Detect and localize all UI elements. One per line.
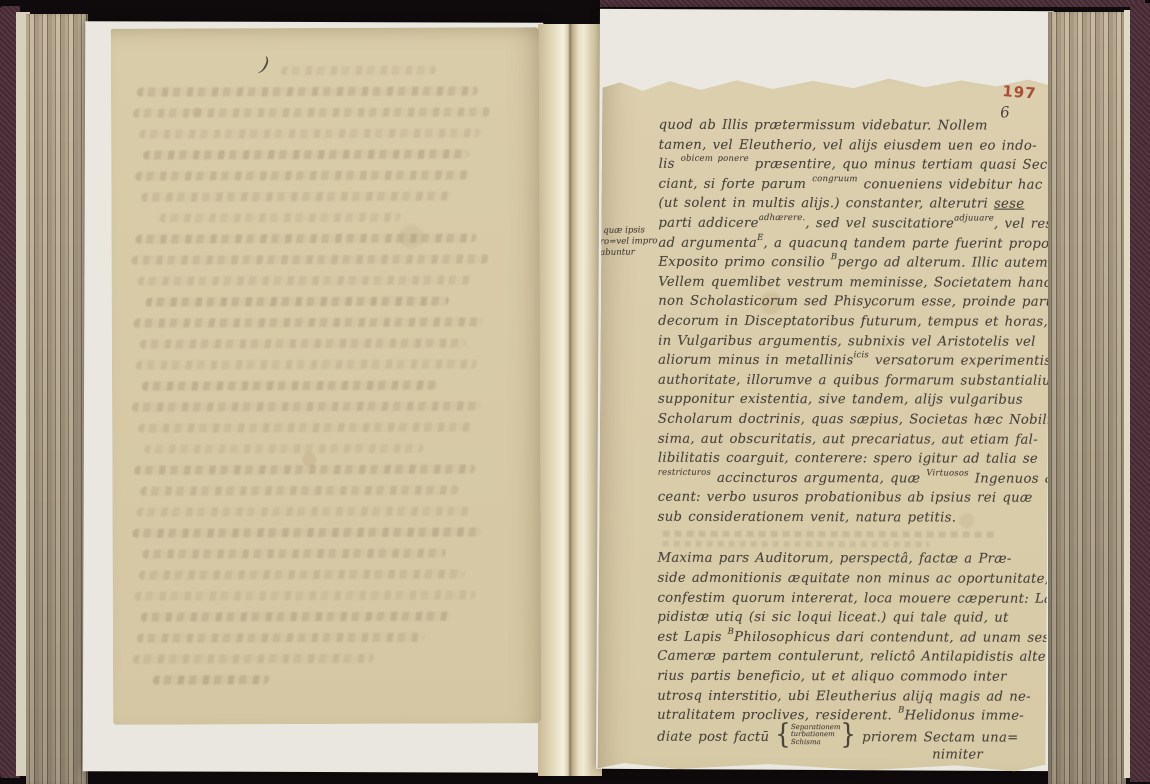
bleed-through-line: [144, 444, 425, 454]
manuscript-line: aliorum minus in metallinisicis versator…: [658, 351, 1050, 372]
book-cover-right-edge: [1130, 3, 1150, 782]
underlined-word: sese: [994, 197, 1024, 212]
manuscript-line: (ut solent in multis alijs.) constanter,…: [658, 194, 1050, 215]
bleed-through-line: [138, 422, 473, 432]
manuscript-line: Exposito primo consilio Bpergo ad alteru…: [658, 253, 1050, 274]
left-manuscript-page: ): [111, 27, 541, 724]
margin-note: E quæ ipsispro=vel improbabuntur: [594, 225, 658, 259]
manuscript-line: Vellem quemlibet vestrum meminisse, Soci…: [658, 272, 1050, 293]
manuscript-line: pidistæ utiq (si sic loqui liceat.) qui …: [657, 608, 1049, 629]
bleed-through-line: [139, 128, 482, 138]
folio-number-red: 197: [1002, 82, 1038, 103]
bleed-through-line: [134, 464, 477, 474]
manuscript-line: Scholarum doctrinis, quas sæpius, Societ…: [658, 410, 1050, 431]
bleed-through-line: [141, 192, 453, 202]
manuscript-text-block: E quæ ipsispro=vel improbabuntur quod ab…: [657, 116, 1051, 766]
bleed-through-line: [135, 233, 478, 243]
bleed-through-line: [280, 66, 436, 76]
manuscript-line: sub considerationem venit, natura petiti…: [658, 508, 1050, 529]
bleed-through-line: [137, 275, 472, 285]
stacked-alternatives: SeparationemturbationemSchisma: [791, 724, 841, 747]
manuscript-line: non Scholasticorum sed Phisycorum esse, …: [658, 292, 1050, 313]
bleed-through-line: [132, 654, 374, 664]
page-stack-right-fore-edge: [1048, 12, 1126, 784]
bleed-through-line: [145, 297, 449, 307]
manuscript-line: utrosq interstitio, ubi Eleutherius alij…: [657, 686, 1049, 707]
bleed-through-text-block: [131, 65, 521, 696]
manuscript-line: ad argumentaE, a quacunq tandem parte fu…: [658, 233, 1050, 254]
manuscript-line: est Lapis BPhilosophicus dari contendunt…: [657, 628, 1049, 649]
manuscript-line: lis obicem ponere præsentire, quo minus …: [659, 155, 1051, 176]
manuscript-line: libilitatis coarguit, conterere: spero i…: [658, 449, 1050, 470]
bleed-through-line: [135, 170, 470, 180]
book-cover-top-edge: [600, 0, 1145, 7]
manuscript-line: ciant, si forte parum congruum conuenien…: [659, 174, 1051, 195]
bleed-through-line: [140, 486, 459, 496]
manuscript-line: decorum in Disceptatoribus futurum, temp…: [658, 312, 1050, 333]
manuscript-line: sima, aut obscuritatis, aut precariatus,…: [658, 429, 1050, 450]
manuscript-line: [658, 527, 1050, 550]
bleed-through-line: [134, 590, 477, 600]
manuscript-line: authoritate, illorumve a quibus formarum…: [658, 370, 1050, 391]
page-stack-left-fore-edge: [26, 14, 88, 784]
manuscript-line: in Vulgaribus argumentis, subnixis vel A…: [658, 331, 1050, 352]
manuscript-line: diate post factū {Separationemturbatione…: [657, 726, 1049, 747]
manuscript-book-photo: ) 197 6 E quæ ipsispro=vel improbabuntur…: [0, 0, 1150, 784]
bleed-through-line: [159, 213, 401, 223]
bleed-through-line: [142, 549, 446, 559]
bleed-through-line: [131, 254, 489, 264]
book-gutter: [538, 24, 602, 776]
bleed-through-line: [132, 527, 482, 537]
bleed-through-line: [152, 675, 270, 684]
manuscript-line: parti addicereadhærere., sed vel suscita…: [658, 214, 1050, 235]
manuscript-line: rius partis beneficio, ut et aliquo comm…: [657, 667, 1049, 688]
brace-close: }: [840, 724, 856, 747]
manuscript-line: supponitur existentia, sive tandem, alij…: [658, 390, 1050, 411]
manuscript-line: Maxima pars Auditorum, perspectâ, factæ …: [658, 549, 1050, 570]
bleed-through-line: [136, 506, 471, 516]
bleed-through-line: [140, 612, 452, 622]
manuscript-line: quod ab Illis prætermissum videbatur. No…: [659, 116, 1051, 137]
bleed-through-line: [138, 570, 465, 580]
manuscript-line: Cameræ partem contulerunt, relictô Antil…: [657, 647, 1049, 668]
manuscript-line: side admonitionis æquitate non minus ac …: [657, 569, 1049, 590]
bleed-through-line: [139, 339, 466, 349]
bleed-through-line: [143, 149, 470, 159]
brace-open: {: [775, 724, 791, 747]
manuscript-line: confestim quorum intererat, loca mouere …: [657, 588, 1049, 609]
bleed-through-line: [131, 401, 481, 411]
bleed-through-line: [141, 381, 437, 391]
bleed-through-line: [136, 633, 424, 643]
manuscript-line: restricturos accincturos argumenta, quæ …: [658, 468, 1050, 489]
bleed-through-line: [135, 359, 478, 369]
manuscript-line: tamen, vel Eleutherio, vel alijs eiusdem…: [659, 135, 1051, 156]
bleed-through-line: [136, 86, 479, 96]
manuscript-line: ceant: verbo usuros probationibus ab ips…: [658, 488, 1050, 509]
bleed-through-line: [132, 107, 490, 117]
bleed-through-line: [133, 317, 483, 327]
right-manuscript-page: 197 6 E quæ ipsispro=vel improbabuntur q…: [598, 72, 1051, 771]
